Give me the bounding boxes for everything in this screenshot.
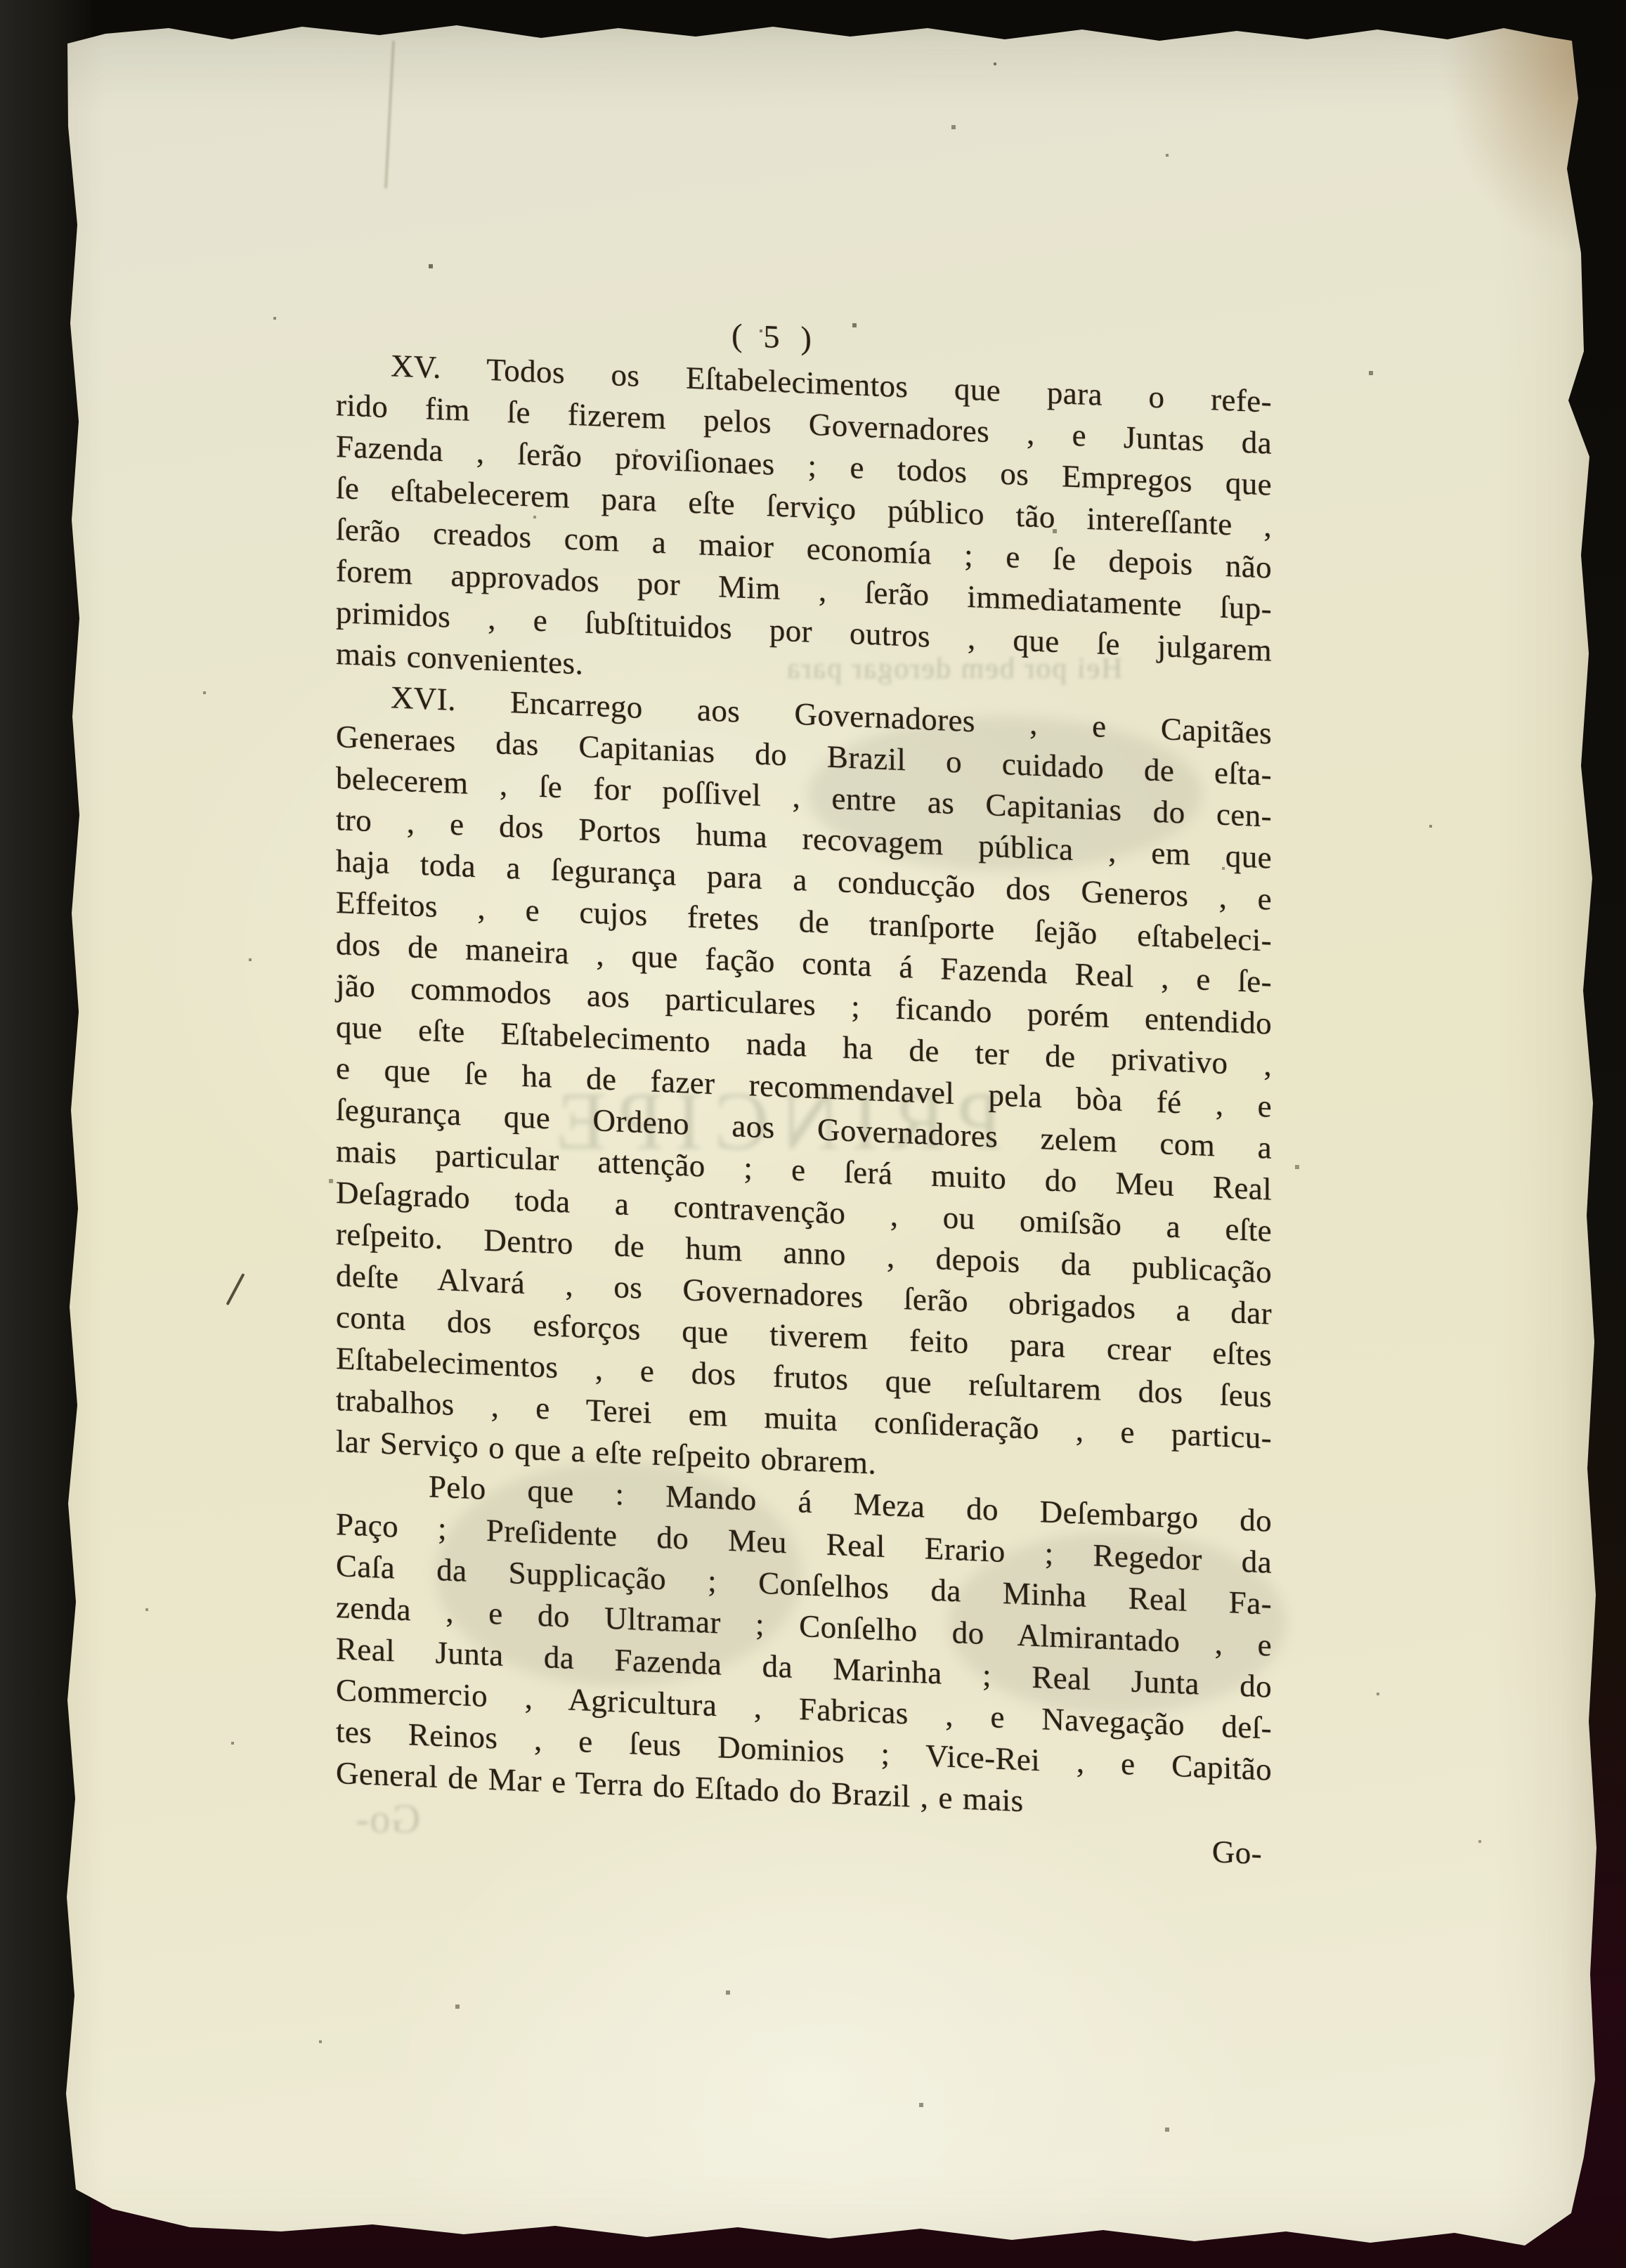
text-column: ( 5 ) XV. Todos os Eſtabelecimentos que …: [336, 298, 1272, 1876]
paper-crease: [385, 41, 395, 188]
corner-stain: [1443, 21, 1598, 253]
pen-mark: [226, 1273, 245, 1305]
page-scan: Hei por bem derogar paraPRINCIPEGo- ( 5 …: [0, 0, 1626, 2268]
scanned-book-photo: { "page": { "number": "( 5 )", "catchwor…: [0, 0, 1626, 2268]
text-column-lines: XV. Todos os Eſtabelecimentos que para o…: [336, 343, 1272, 1832]
